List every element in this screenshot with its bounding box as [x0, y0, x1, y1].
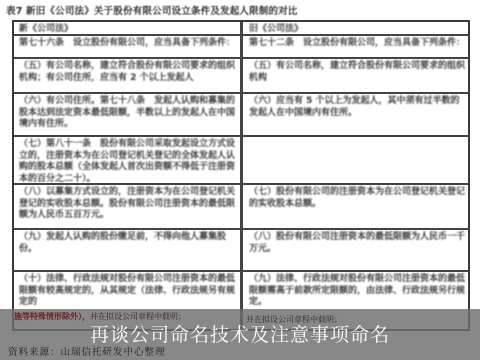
table-row: （八）以募集方式设立的，注册资本为在公司登记机关登记的实收股本总额。股份有限公司…: [14, 185, 468, 230]
table-row: （七）第八十一条 股份有限公司采取发起设立方式设立的，注册资本为在公司登记机关登…: [14, 137, 468, 185]
source-note: 资料来源：山瑞信托研发中心整理: [8, 344, 166, 358]
cell-right: （七）股份有限公司的注册资本为在公司登记机关登记的实收股本总额。: [246, 186, 468, 227]
cell-left: （五）有公司名称，建立符合股份有限公司要求的组织机构；有公司住所，应当有 2 个…: [16, 60, 238, 91]
cell-left: （九）发起人认购的股份缴足前，不得向他人募集股份。: [16, 231, 238, 269]
cell-left: （八）以募集方式设立的，注册资本为在公司登记机关登记的实收股本总额。股份有限公司…: [16, 186, 238, 227]
table-row: （九）发起人认购的股份缴足前，不得向他人募集股份。 （八）股份有限公司注册资本的…: [14, 230, 468, 272]
header-left: 新《公司法》: [16, 23, 238, 33]
comparison-table: 新《公司法》 旧《公司法》 第七十六条 设立股份有限公司，应当具备下列条件： 第…: [12, 20, 470, 331]
cell-left: （七）第八十一条 股份有限公司采取发起设立方式设立的，注册资本为在公司登记机关登…: [16, 138, 238, 182]
cell-right: （六）应当有 5 个以上为发起人，其中须有过半数的发起人在中国境内有住所。: [246, 95, 468, 134]
caption-title: 再谈公司命名技术及注意事项命名: [0, 320, 480, 347]
table-row: （六）有公司住所。第七十八条 发起人认购和募集的股本达到法定资本最低限额，半数以…: [14, 94, 468, 137]
table-row: （五）有公司名称，建立符合股份有限公司要求的组织机构；有公司住所，应当有 2 个…: [14, 59, 468, 94]
table-row: 第七十六条 设立股份有限公司，应当具备下列条件： 第七十二条 设立股份有限公司，…: [14, 36, 468, 59]
document-title: 表7 新旧《公司法》关于股份有限公司设立条件及发起人限制的对比: [6, 3, 476, 17]
cell-right: [246, 138, 468, 182]
cell-left: 第七十六条 设立股份有限公司，应当具备下列条件：: [16, 37, 238, 56]
cell-right: （八）股份有限公司注册资本的最低限额为人民币一千万元。: [246, 231, 468, 269]
cell-right: 第七十二条 设立股份有限公司，应当具备下列条件：: [246, 37, 468, 56]
table-header-row: 新《公司法》 旧《公司法》: [14, 22, 468, 36]
cell-left: （六）有公司住所。第七十八条 发起人认购和募集的股本达到法定资本最低限额，半数以…: [16, 95, 238, 134]
scanned-document: 表7 新旧《公司法》关于股份有限公司设立条件及发起人限制的对比 新《公司法》 旧…: [0, 0, 480, 360]
cell-right: （五）有公司名称，建立符合股份有限公司要求的组织机构: [246, 60, 468, 91]
header-right: 旧《公司法》: [246, 23, 468, 33]
